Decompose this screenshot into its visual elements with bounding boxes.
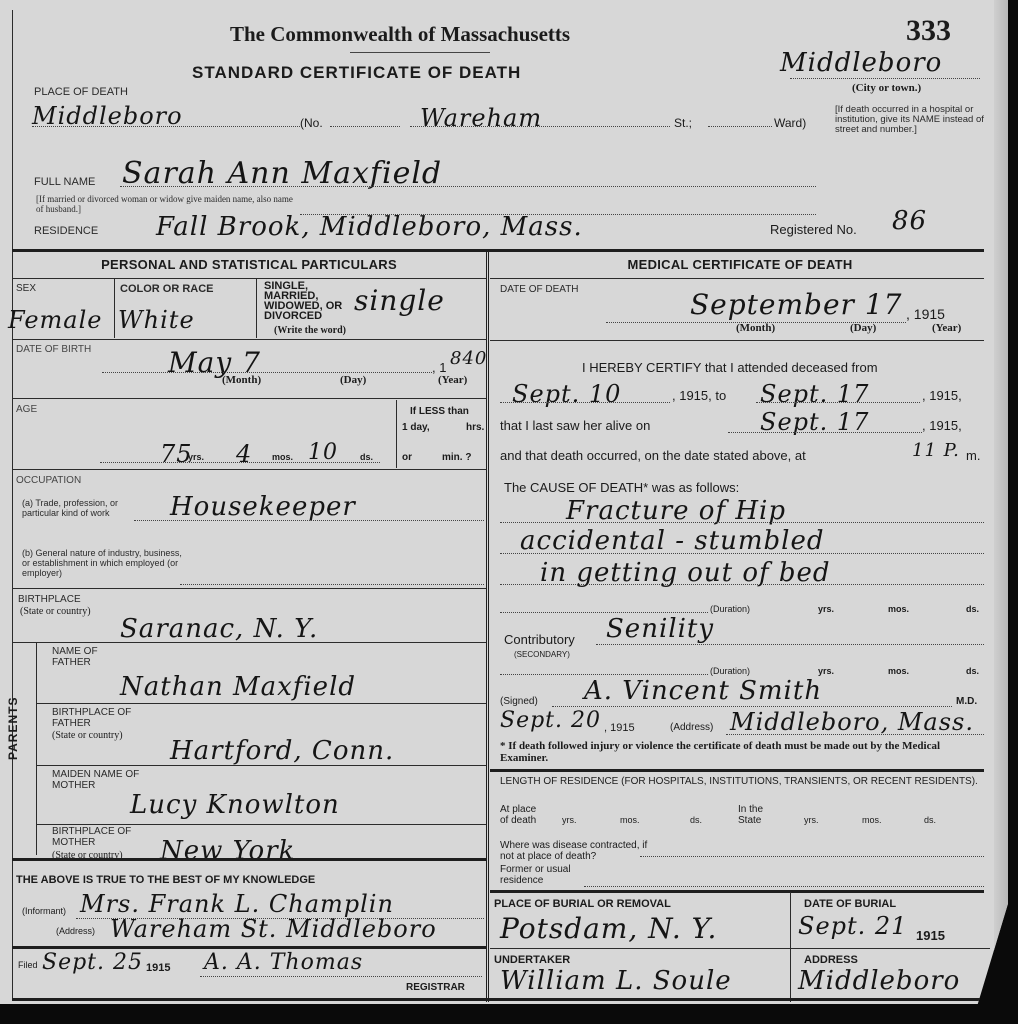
dob-year-prefix: , 1 [432, 360, 446, 375]
burial-place-label: PLACE OF BURIAL OR REMOVAL [494, 898, 671, 910]
informant-heading: THE ABOVE IS TRUE TO THE BEST OF MY KNOW… [16, 874, 315, 886]
occupation-a-line [134, 520, 484, 521]
contracted-line [640, 856, 984, 857]
contributory-label: Contributory [504, 632, 575, 647]
year-caption: (Year) [438, 374, 467, 386]
rule [12, 858, 486, 861]
residence-label: RESIDENCE [34, 225, 98, 237]
city-line [790, 78, 980, 79]
signed-value: A. Vincent Smith [584, 676, 822, 706]
undertaker-address-value: Middleboro [798, 966, 960, 996]
father-bp-value: Hartford, Conn. [170, 736, 394, 766]
dod-month-caption: (Month) [736, 322, 775, 334]
medical-address-line [726, 734, 984, 735]
hrs-label: hrs. [466, 422, 484, 433]
street-value: Wareham [420, 104, 542, 132]
signed-date: Sept. 20 [500, 708, 601, 733]
to-line [756, 402, 920, 403]
dod-year: , 1915 [906, 306, 945, 322]
attended-to: Sept. 17 [760, 380, 869, 408]
residence-length-heading: LENGTH OF RESIDENCE (FOR HOSPITALS, INST… [500, 776, 980, 787]
last-saw-line [728, 432, 922, 433]
duration-mos-2: mos. [888, 666, 909, 676]
dod-value: September 17 [690, 288, 902, 321]
contributory-line [596, 644, 984, 645]
rule [790, 892, 791, 1002]
rule [36, 703, 486, 704]
filed-label: Filed [18, 960, 38, 970]
marital-label: SINGLE, MARRIED, WIDOWED, OR DIVORCED [264, 281, 364, 321]
duration-ds-1: ds. [966, 604, 979, 614]
undertaker-label: UNDERTAKER [494, 954, 570, 966]
race-value: White [118, 306, 195, 334]
at-place-ds: ds. [690, 815, 702, 825]
birthplace-label: BIRTHPLACE [18, 594, 81, 605]
father-name-label: NAME OF FATHER [52, 646, 112, 668]
burial-place-value: Potsdam, N. Y. [500, 912, 717, 945]
registrar-label: REGISTRAR [406, 982, 465, 993]
in-state-ds: ds. [924, 815, 936, 825]
in-state-yrs: yrs. [804, 815, 819, 825]
cause-rule-2 [500, 553, 984, 554]
age-months: 4 [236, 440, 252, 468]
yrs-label: yrs. [188, 452, 204, 462]
occupation-label: OCCUPATION [16, 475, 81, 486]
occurred-time: 11 P. [912, 440, 960, 461]
signed-label: (Signed) [500, 696, 538, 707]
filed-date: Sept. 25 [42, 950, 143, 975]
birthplace-hint: (State or country) [20, 606, 91, 617]
duration-label-1: (Duration) [710, 604, 750, 614]
ward-line [708, 126, 772, 127]
no-label: (No. [300, 116, 323, 130]
hospital-note: [If death occurred in a hospital or inst… [835, 105, 985, 135]
rule [490, 278, 984, 279]
duration-line-2 [500, 674, 708, 675]
father-name-value: Nathan Maxfield [120, 672, 356, 702]
rule [12, 469, 486, 470]
duration-label-2: (Duration) [710, 666, 750, 676]
occurred-m: m. [966, 448, 980, 463]
dod-year-caption: (Year) [932, 322, 961, 334]
race-label: COLOR OR RACE [120, 283, 214, 295]
contracted-label: Where was disease contracted, if not at … [500, 840, 660, 862]
father-bp-label: BIRTHPLACE OF FATHER [52, 707, 132, 729]
city-value: Middleboro [780, 48, 942, 78]
mother-name-value: Lucy Knowlton [130, 790, 340, 820]
month-caption: (Month) [222, 374, 261, 386]
rule [114, 278, 115, 338]
bottom-border [12, 998, 992, 1001]
min-label: min. ? [442, 452, 471, 463]
rule [12, 278, 486, 279]
rule [490, 948, 990, 949]
rule [490, 890, 984, 893]
medical-section-title: MEDICAL CERTIFICATE OF DEATH [492, 257, 988, 272]
at-place-yrs: yrs. [562, 815, 577, 825]
sex-label: SEX [16, 283, 36, 294]
marital-value: single [354, 284, 445, 317]
marital-hint: (Write the word) [274, 325, 346, 336]
last-saw-text: that I last saw her alive on [500, 418, 650, 433]
registered-label: Registered No. [770, 222, 857, 237]
burial-date-year: 1915 [916, 928, 945, 943]
full-name-label: FULL NAME [34, 176, 95, 188]
street-line [410, 126, 670, 127]
dob-label: DATE OF BIRTH [16, 344, 91, 355]
ds-label: ds. [360, 452, 373, 462]
dod-label: DATE OF DEATH [500, 284, 579, 295]
former-residence-line [584, 886, 984, 887]
rule [490, 340, 984, 341]
burial-date-label: DATE OF BURIAL [804, 898, 896, 910]
registrar-value: A. A. Thomas [204, 950, 363, 975]
dod-day-caption: (Day) [850, 322, 876, 334]
filed-year: 1915 [146, 962, 170, 974]
rule [36, 824, 486, 825]
duration-line-1 [500, 612, 708, 613]
attended-from-year: , 1915, to [672, 388, 726, 403]
registrar-line [200, 976, 482, 977]
occupation-a-label: (a) Trade, profession, or particular kin… [22, 498, 142, 518]
attended-to-year: , 1915, [922, 388, 962, 403]
place-line [32, 126, 300, 127]
occupation-b-label: (b) General nature of industry, business… [22, 548, 182, 578]
contributory-value: Senility [606, 614, 714, 644]
personal-section-title: PERSONAL AND STATISTICAL PARTICULARS [14, 257, 484, 272]
certificate-number: 333 [906, 14, 951, 48]
medical-footnote: * If death followed injury or violence t… [500, 740, 984, 764]
mother-name-label: MAIDEN NAME OF MOTHER [52, 769, 152, 791]
left-border [12, 10, 13, 1000]
medical-address-label: (Address) [670, 722, 713, 733]
informant-address-label: (Address) [56, 926, 95, 936]
mos-label: mos. [272, 452, 293, 462]
in-state-mos: mos. [862, 815, 882, 825]
dob-year-value: 840 [450, 348, 487, 369]
informant-label: (Informant) [22, 906, 66, 916]
city-label: (City or town.) [852, 82, 921, 94]
in-state-label: In the State [738, 804, 778, 826]
secondary-label: (SECONDARY) [514, 650, 570, 659]
occupation-b-line [180, 584, 484, 585]
rule [396, 400, 397, 468]
rule [12, 398, 486, 399]
informant-address-value: Wareham St. Middleboro [110, 915, 437, 943]
undertaker-value: William L. Soule [500, 966, 732, 996]
residence-value: Fall Brook, Middleboro, Mass. [156, 212, 583, 242]
rule [12, 946, 486, 949]
rule [256, 278, 257, 338]
father-bp-hint: (State or country) [52, 730, 123, 741]
birthplace-value: Saranac, N. Y. [120, 614, 318, 644]
signed-line [552, 706, 952, 707]
burial-date-value: Sept. 21 [798, 912, 907, 940]
commonwealth-heading: The Commonwealth of Massachusetts [230, 22, 570, 47]
certify-text: I HEREBY CERTIFY that I attended decease… [582, 360, 878, 375]
at-place-label: At place of death [500, 804, 540, 826]
certificate-title: STANDARD CERTIFICATE OF DEATH [192, 63, 521, 83]
dob-line [102, 372, 432, 373]
age-label: AGE [16, 404, 37, 415]
occurred-text: and that death occurred, on the date sta… [500, 448, 806, 463]
medical-address-value: Middleboro, Mass. [730, 708, 974, 736]
day-caption: (Day) [340, 374, 366, 386]
age-line [100, 462, 380, 463]
cause-line-2: accidental - stumbled [520, 526, 824, 556]
sex-value: Female [8, 306, 103, 334]
death-certificate: The Commonwealth of Massachusetts STANDA… [0, 0, 1008, 1004]
rule [12, 642, 486, 643]
one-day-label: 1 day, [402, 422, 430, 433]
md-label: M.D. [956, 696, 977, 707]
duration-mos-1: mos. [888, 604, 909, 614]
signed-year: , 1915 [604, 722, 635, 734]
place-of-death-label: PLACE OF DEATH [34, 86, 128, 98]
rule [12, 588, 486, 589]
former-residence-label: Former or usual residence [500, 864, 590, 886]
duration-ds-2: ds. [966, 666, 979, 676]
rule [12, 339, 486, 340]
no-line [330, 126, 400, 127]
last-saw-year: , 1915, [922, 418, 962, 433]
or-label: or [402, 452, 412, 463]
at-place-mos: mos. [620, 815, 640, 825]
cause-rule-1 [500, 522, 984, 523]
mother-bp-value: New York [160, 836, 295, 866]
from-line [500, 402, 670, 403]
rule [490, 769, 984, 772]
less-than-label: If LESS than [410, 406, 469, 417]
registered-number: 86 [892, 206, 927, 236]
duration-yrs-2: yrs. [818, 666, 834, 676]
cause-rule-3 [500, 584, 984, 585]
attended-from: Sept. 10 [512, 380, 621, 408]
full-name-line [120, 186, 816, 187]
occupation-a-value: Housekeeper [170, 492, 356, 522]
duration-yrs-1: yrs. [818, 604, 834, 614]
section-divider [12, 249, 984, 252]
cause-label: The CAUSE OF DEATH* was as follows: [504, 480, 739, 495]
informant-value: Mrs. Frank L. Champlin [80, 890, 394, 918]
rule [36, 765, 486, 766]
st-label: St.; [674, 116, 692, 130]
mother-bp-label: BIRTHPLACE OF MOTHER [52, 826, 132, 848]
parents-label: PARENTS [6, 697, 20, 760]
heading-rule [350, 52, 490, 53]
full-name-note: [If married or divorced woman or widow g… [36, 194, 296, 214]
ward-label: Ward) [774, 116, 806, 130]
undertaker-address-label: ADDRESS [804, 954, 858, 966]
